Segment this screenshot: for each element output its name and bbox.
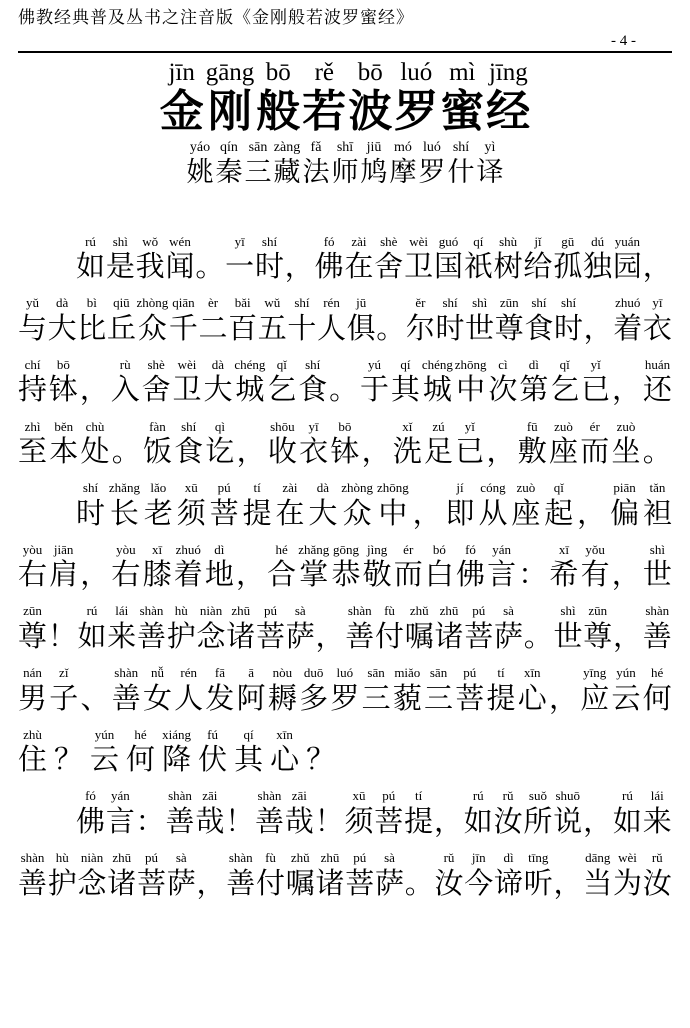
hanzi-character: 而 — [394, 557, 423, 594]
sutra-title: jīn金gāng刚bō般rě若bō波luó罗mì蜜jīng经 — [18, 59, 672, 138]
hanzi-character: 罗 — [394, 87, 438, 138]
char-with-pinyin: yī一 — [225, 235, 254, 287]
char-with-pinyin: jí即 — [446, 481, 475, 533]
pinyin-annotation: wèi — [618, 851, 637, 866]
char-with-pinyin: shàn善 — [643, 604, 672, 656]
pinyin-annotation: ér — [403, 543, 413, 558]
pinyin-annotation: shí — [181, 420, 196, 435]
char-with-pinyin: fū敷 — [518, 420, 547, 472]
hanzi-character: 众 — [138, 311, 167, 348]
hanzi-character: 。 — [329, 372, 358, 409]
pinyin-annotation: fàn — [149, 420, 166, 435]
hanzi-character: ， — [487, 434, 516, 471]
pinyin-annotation: dú — [591, 235, 604, 250]
char-with-pinyin: fú伏 — [198, 728, 227, 780]
pinyin-annotation: fā — [215, 666, 225, 681]
hanzi-character: ， — [237, 434, 266, 471]
char-with-pinyin: shàn善 — [18, 851, 47, 903]
pinyin-annotation: fó — [324, 235, 335, 250]
char-with-pinyin: pú菩 — [455, 666, 484, 718]
pinyin-annotation — [374, 420, 377, 435]
hanzi-character: 本 — [49, 434, 78, 471]
hanzi-character: 独 — [583, 249, 612, 286]
pinyin-annotation — [319, 728, 322, 743]
char-with-pinyin: shí时 — [554, 296, 583, 348]
char-with-pinyin: rú如 — [613, 789, 642, 841]
hanzi-character: 衣 — [643, 311, 672, 348]
pinyin-annotation: zǐ — [59, 666, 68, 681]
pinyin-annotation: dì — [529, 358, 539, 373]
hanzi-character: 善 — [112, 681, 141, 718]
pinyin-annotation: zài — [282, 481, 297, 496]
hanzi-character: 云 — [90, 742, 119, 779]
pinyin-annotation: jīn — [168, 59, 194, 87]
char-with-pinyin: gōng恭 — [331, 543, 360, 595]
hanzi-character: 鸠 — [361, 156, 388, 188]
char-with-pinyin: rú如 — [78, 604, 107, 656]
pinyin-annotation: dà — [317, 481, 329, 496]
pinyin-annotation: qǐ — [277, 358, 287, 373]
char-with-pinyin: qǐ乞 — [550, 358, 579, 410]
hanzi-character: 菩 — [374, 804, 403, 841]
char-with-pinyin: shàn善 — [226, 851, 255, 903]
char-with-pinyin: rú如 — [76, 235, 105, 287]
hanzi-character: 肩 — [49, 557, 78, 594]
pinyin-annotation: xǐ — [402, 420, 412, 435]
pinyin-annotation — [626, 604, 629, 619]
char-with-pinyin: zhòng众 — [341, 481, 373, 533]
char-with-pinyin: luó罗 — [393, 59, 439, 138]
punctuation-mark: 。 — [195, 235, 224, 287]
char-with-pinyin: nòu耨 — [268, 666, 297, 718]
pinyin-annotation: fù — [384, 604, 395, 619]
char-with-pinyin: shí食 — [524, 296, 553, 348]
hanzi-character: 所 — [523, 804, 552, 841]
hanzi-character: ， — [612, 372, 641, 409]
hanzi-character: 我 — [136, 249, 165, 286]
translator-line: yáo姚qín秦sān三zàng藏fǎ法shī师jiū鸠mó摩luó罗shí什y… — [18, 140, 672, 188]
hanzi-character: ， — [362, 434, 391, 471]
char-with-pinyin: shí什 — [447, 140, 476, 188]
hanzi-character: 金 — [160, 87, 204, 138]
hanzi-character: 念 — [78, 866, 107, 903]
punctuation-mark: ， — [577, 481, 606, 533]
pinyin-annotation: zhòng — [137, 296, 169, 311]
pinyin-annotation: zhōng — [377, 481, 409, 496]
hanzi-character: 心 — [270, 742, 299, 779]
pinyin-annotation: mì — [449, 59, 475, 87]
hanzi-character: 园 — [613, 249, 642, 286]
pinyin-annotation: tīng — [528, 851, 548, 866]
char-with-pinyin: pú菩 — [464, 604, 493, 656]
pinyin-annotation: jǐ — [534, 235, 541, 250]
hanzi-character: ， — [285, 249, 314, 286]
hanzi-character: 食 — [524, 311, 553, 348]
char-with-pinyin: shì世 — [554, 604, 583, 656]
hanzi-character: 还 — [643, 372, 672, 409]
pinyin-annotation: jīn — [472, 851, 486, 866]
pinyin-annotation: xī — [152, 543, 162, 558]
pinyin-annotation — [342, 358, 345, 373]
hanzi-character: ， — [316, 619, 345, 656]
char-with-pinyin: zhù住 — [18, 728, 47, 780]
hanzi-character: 提 — [243, 496, 272, 533]
hanzi-character: 二 — [199, 311, 228, 348]
hanzi-character: 嘱 — [286, 866, 315, 903]
pinyin-annotation: zhū — [112, 851, 131, 866]
char-with-pinyin: yǐ已 — [455, 420, 484, 472]
char-with-pinyin: wèi卫 — [173, 358, 202, 410]
char-with-pinyin: duō多 — [299, 666, 328, 718]
hanzi-character: 哉 — [195, 804, 224, 841]
pinyin-annotation: qì — [215, 420, 225, 435]
pinyin-annotation: dì — [214, 543, 224, 558]
char-with-pinyin: bì比 — [77, 296, 106, 348]
pinyin-annotation — [249, 543, 252, 558]
hanzi-character: 善 — [255, 804, 284, 841]
punctuation-mark: 。 — [643, 420, 672, 472]
hanzi-character: ， — [80, 372, 109, 409]
hanzi-character: 善 — [643, 619, 672, 656]
char-with-pinyin: jīng经 — [485, 59, 531, 138]
hanzi-character: 般 — [256, 87, 300, 138]
pinyin-annotation — [426, 481, 429, 496]
char-with-pinyin: xī膝 — [143, 543, 172, 595]
pinyin-annotation: qǐ — [560, 358, 570, 373]
pinyin-annotation: zuò — [516, 481, 535, 496]
char-with-pinyin: zūn尊 — [583, 604, 612, 656]
punctuation-mark: 。 — [405, 851, 434, 903]
hanzi-character: ： — [136, 804, 165, 841]
char-with-pinyin: yòu右 — [18, 543, 47, 595]
pinyin-annotation: rú — [87, 604, 98, 619]
hanzi-character: 众 — [343, 496, 372, 533]
hanzi-character: 菩 — [345, 866, 374, 903]
pinyin-annotation: yī — [652, 296, 662, 311]
hanzi-character: 饭 — [143, 434, 172, 471]
pinyin-annotation: rú — [473, 789, 484, 804]
hanzi-character: 摩 — [390, 156, 417, 188]
pinyin-annotation: shè — [380, 235, 397, 250]
pinyin-annotation — [298, 235, 301, 250]
hanzi-character: ， — [236, 557, 265, 594]
char-with-pinyin: pú菩 — [374, 789, 403, 841]
hanzi-character: 诸 — [107, 866, 136, 903]
hanzi-character: 中 — [456, 372, 485, 409]
hanzi-character: 经 — [486, 87, 530, 138]
pinyin-annotation — [125, 420, 128, 435]
hanzi-character: 其 — [391, 372, 420, 409]
pinyin-annotation: ěr — [415, 296, 425, 311]
char-with-pinyin: fó佛 — [76, 789, 105, 841]
hanzi-character: 卫 — [404, 249, 433, 286]
char-with-pinyin: wèi为 — [613, 851, 642, 903]
pinyin-annotation: bō — [358, 59, 383, 87]
pinyin-annotation — [625, 543, 628, 558]
hanzi-character: 一 — [225, 249, 254, 286]
char-with-pinyin: shè舍 — [142, 358, 171, 410]
char-with-pinyin: yǔ与 — [18, 296, 47, 348]
pinyin-annotation: hé — [651, 666, 663, 681]
hanzi-character: 希 — [549, 557, 578, 594]
char-with-pinyin: xī希 — [549, 543, 578, 595]
pinyin-annotation: yòu — [116, 543, 136, 558]
pinyin-annotation: shí — [453, 140, 469, 156]
char-with-pinyin: xū须 — [344, 789, 373, 841]
hanzi-character: 菩 — [464, 619, 493, 656]
char-with-pinyin: cì次 — [488, 358, 517, 410]
pinyin-annotation: bō — [57, 358, 70, 373]
hanzi-character: 乞 — [267, 372, 296, 409]
hanzi-character: ！ — [315, 804, 344, 841]
char-with-pinyin: rǔ汝 — [494, 789, 523, 841]
char-with-pinyin: nán男 — [18, 666, 47, 718]
hanzi-character: 而 — [580, 434, 609, 471]
pinyin-annotation: rě — [315, 59, 334, 87]
hanzi-character: 与 — [18, 311, 47, 348]
hanzi-character: 刚 — [208, 87, 252, 138]
pinyin-annotation: sān — [249, 140, 268, 156]
char-with-pinyin: zhū诸 — [107, 851, 136, 903]
pinyin-annotation — [328, 604, 331, 619]
char-with-pinyin: shù树 — [494, 235, 523, 287]
char-with-pinyin: bō钵 — [49, 358, 78, 410]
char-with-pinyin: yán言 — [487, 543, 516, 595]
pinyin-annotation: xū — [352, 789, 365, 804]
hanzi-character: 汝 — [494, 804, 523, 841]
pinyin-annotation: zài — [351, 235, 366, 250]
char-with-pinyin: qín秦 — [215, 140, 244, 188]
hanzi-character: 罗 — [419, 156, 446, 188]
pinyin-annotation — [328, 789, 331, 804]
hanzi-character: 菩 — [137, 866, 166, 903]
hanzi-character: 有 — [581, 557, 610, 594]
char-with-pinyin: yī衣 — [643, 296, 672, 348]
pinyin-annotation — [597, 296, 600, 311]
punctuation-mark: ： — [136, 789, 165, 841]
char-with-pinyin: sà萨 — [167, 851, 196, 903]
pinyin-annotation: fū — [527, 420, 538, 435]
char-with-pinyin: shí时 — [436, 296, 465, 348]
pinyin-annotation: qǐ — [554, 481, 564, 496]
pinyin-annotation: tǎn — [650, 481, 666, 496]
punctuation-mark: ？ — [54, 728, 83, 780]
hanzi-character: ， — [413, 496, 442, 533]
char-with-pinyin: piān偏 — [610, 481, 639, 533]
char-with-pinyin: yú于 — [360, 358, 389, 410]
hanzi-character: ， — [554, 866, 583, 903]
char-with-pinyin: shàn善 — [345, 604, 374, 656]
char-with-pinyin: chí持 — [18, 358, 47, 410]
hanzi-character: 心 — [518, 681, 547, 718]
pinyin-annotation: fù — [265, 851, 276, 866]
hanzi-character: 提 — [487, 681, 516, 718]
char-with-pinyin: fó佛 — [456, 543, 485, 595]
hanzi-character: ， — [197, 866, 226, 903]
pinyin-annotation: niàn — [200, 604, 222, 619]
pinyin-annotation: zāi — [292, 789, 307, 804]
pinyin-annotation: sà — [503, 604, 514, 619]
hanzi-character: 诸 — [226, 619, 255, 656]
pinyin-annotation: qí — [400, 358, 410, 373]
char-with-pinyin: rě若 — [301, 59, 347, 138]
hanzi-character: 祇 — [464, 249, 493, 286]
punctuation-mark: 、 — [80, 666, 109, 718]
pinyin-annotation: zāi — [202, 789, 217, 804]
char-with-pinyin: ér而 — [580, 420, 609, 472]
hanzi-character: 孤 — [553, 249, 582, 286]
char-with-pinyin: jǐ给 — [523, 235, 552, 287]
char-with-pinyin: hù护 — [48, 851, 77, 903]
char-with-pinyin: zūn尊 — [18, 604, 47, 656]
pinyin-annotation: tí — [253, 481, 260, 496]
pinyin-annotation: fǎ — [311, 140, 322, 156]
hanzi-character: 世 — [643, 557, 672, 594]
pinyin-annotation — [250, 420, 253, 435]
char-with-pinyin: gāng刚 — [205, 59, 256, 138]
pinyin-annotation: gōng — [333, 543, 359, 558]
pinyin-annotation: luó — [400, 59, 432, 87]
pinyin-annotation: yǔ — [26, 296, 39, 311]
hanzi-character: 哉 — [285, 804, 314, 841]
pinyin-annotation: shí — [442, 296, 457, 311]
pinyin-annotation: niàn — [81, 851, 103, 866]
pinyin-annotation: shàn — [168, 789, 192, 804]
pinyin-annotation: shí — [531, 296, 546, 311]
pinyin-annotation: wèi — [178, 358, 197, 373]
hanzi-character: 世 — [554, 619, 583, 656]
char-with-pinyin: fó佛 — [315, 235, 344, 287]
hanzi-character: 。 — [195, 249, 224, 286]
pinyin-annotation: bó — [433, 543, 446, 558]
char-with-pinyin: zhǔ嘱 — [405, 604, 434, 656]
char-with-pinyin: dāng当 — [583, 851, 612, 903]
pinyin-annotation: xī — [559, 543, 569, 558]
pinyin-annotation: yǐ — [465, 420, 475, 435]
pinyin-annotation: zhǎng — [109, 481, 140, 496]
char-with-pinyin: pú菩 — [210, 481, 239, 533]
char-with-pinyin: huán还 — [643, 358, 672, 410]
char-with-pinyin: zuò座 — [549, 420, 578, 472]
pinyin-annotation: shè — [147, 358, 164, 373]
char-with-pinyin: zhuó着 — [174, 543, 203, 595]
sutra-body: rú如shì是wǒ我wén闻 。yī一shí时 ，fó佛zài在shè舍wèi卫… — [18, 235, 672, 903]
hanzi-character: 座 — [549, 434, 578, 471]
pinyin-annotation: duō — [304, 666, 324, 681]
hanzi-character: 蜜 — [440, 87, 484, 138]
hanzi-character: 尊 — [18, 619, 47, 656]
pinyin-annotation: pú — [382, 789, 395, 804]
hanzi-character: 已 — [455, 434, 484, 471]
char-with-pinyin: mó摩 — [389, 140, 418, 188]
pinyin-annotation: shàn — [140, 604, 164, 619]
hanzi-character: 钵 — [49, 372, 78, 409]
char-with-pinyin: rén人 — [174, 666, 203, 718]
punctuation-mark: ， — [434, 789, 463, 841]
pinyin-annotation: shàn — [229, 851, 253, 866]
hanzi-character: 树 — [494, 249, 523, 286]
punctuation-mark: ， — [584, 296, 613, 348]
hanzi-character: 降 — [162, 742, 191, 779]
hanzi-character: 敷 — [518, 434, 547, 471]
hanzi-character: 卫 — [173, 372, 202, 409]
pinyin-annotation — [93, 358, 96, 373]
hanzi-character: 合 — [267, 557, 296, 594]
char-with-pinyin: hù护 — [167, 604, 196, 656]
hanzi-character: 乞 — [550, 372, 579, 409]
hanzi-character: 足 — [424, 434, 453, 471]
pinyin-annotation: guó — [439, 235, 459, 250]
hanzi-character: 座 — [511, 496, 540, 533]
char-with-pinyin: tí提 — [487, 666, 516, 718]
char-with-pinyin: shí时 — [76, 481, 105, 533]
pinyin-annotation: shī — [337, 140, 353, 156]
hanzi-character: 如 — [78, 619, 107, 656]
hanzi-character: 恭 — [331, 557, 360, 594]
hanzi-character: 护 — [48, 866, 77, 903]
hanzi-character: 说 — [553, 804, 582, 841]
pinyin-annotation: zhū — [321, 851, 340, 866]
pinyin-annotation: shí — [294, 296, 309, 311]
char-with-pinyin: yǒu有 — [581, 543, 610, 595]
pinyin-annotation: zhǔ — [410, 604, 429, 619]
text-line: shí时zhǎng长lǎo老xū须pú菩tí提zài在dà大zhòng众zhōn… — [18, 481, 672, 533]
text-line: yòu右jiān肩 ，yòu右xī膝zhuó着dì地 ，hé合zhǎng掌gōn… — [18, 543, 672, 595]
char-with-pinyin: yán言 — [106, 789, 135, 841]
char-with-pinyin: wǔ五 — [258, 296, 287, 348]
char-with-pinyin: xǐ洗 — [393, 420, 422, 472]
hanzi-character: ， — [549, 681, 578, 718]
punctuation-mark: 。 — [112, 420, 141, 472]
hanzi-character: ！ — [48, 619, 77, 656]
char-with-pinyin: zhū诸 — [316, 851, 345, 903]
pinyin-annotation: xū — [185, 481, 198, 496]
char-with-pinyin: dì谛 — [494, 851, 523, 903]
char-with-pinyin: zài在 — [275, 481, 304, 533]
punctuation-mark: ， — [362, 420, 391, 472]
punctuation-mark: ， — [413, 481, 442, 533]
hanzi-character: 人 — [174, 681, 203, 718]
pinyin-annotation — [537, 604, 540, 619]
punctuation-mark: 。 — [329, 358, 358, 410]
pinyin-annotation: tí — [415, 789, 422, 804]
char-with-pinyin: bó白 — [425, 543, 454, 595]
char-with-pinyin: xū须 — [177, 481, 206, 533]
pinyin-annotation — [625, 358, 628, 373]
hanzi-character: 何 — [643, 681, 672, 718]
hanzi-character: 在 — [344, 249, 373, 286]
text-line: fó佛yán言 ：shàn善zāi哉 ！shàn善zāi哉 ！xū须pú菩tí提… — [18, 789, 672, 841]
pinyin-annotation: lái — [651, 789, 664, 804]
hanzi-character: 尊 — [495, 311, 524, 348]
hanzi-character: 着 — [174, 557, 203, 594]
pinyin-annotation: gū — [561, 235, 574, 250]
char-with-pinyin: shuō说 — [553, 789, 582, 841]
char-with-pinyin: zhòng众 — [137, 296, 169, 348]
pinyin-annotation: sà — [295, 604, 306, 619]
pinyin-annotation: shàn — [645, 604, 669, 619]
hanzi-character: 嘱 — [405, 619, 434, 656]
punctuation-mark: ， — [236, 543, 265, 595]
hanzi-character: 汝 — [435, 866, 464, 903]
char-with-pinyin: shè舍 — [374, 235, 403, 287]
pinyin-annotation: rǔ — [652, 851, 663, 866]
char-with-pinyin: bǎi百 — [228, 296, 257, 348]
pinyin-annotation: hù — [56, 851, 69, 866]
char-with-pinyin: fǎ法 — [302, 140, 331, 188]
pinyin-annotation: shuō — [555, 789, 580, 804]
char-with-pinyin: shì是 — [106, 235, 135, 287]
